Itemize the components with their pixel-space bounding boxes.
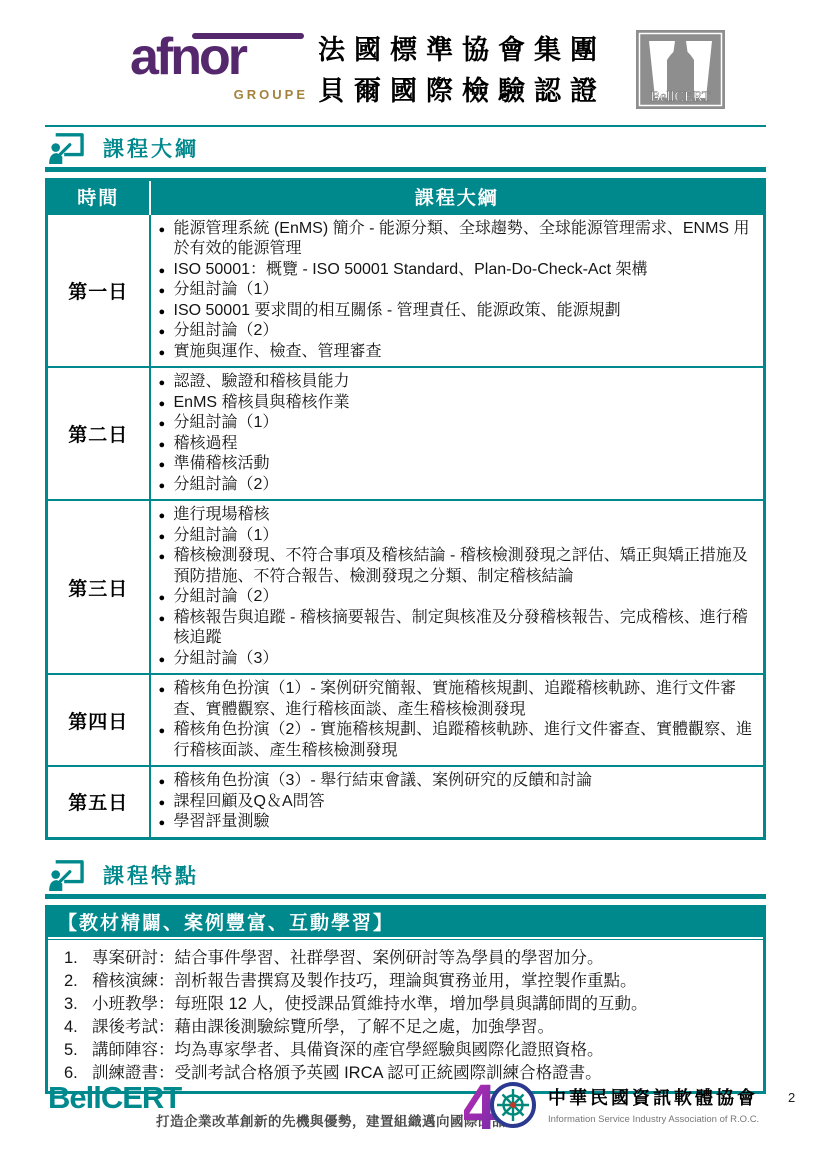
bullet-icon: ● <box>157 455 174 476</box>
bullet-icon: ● <box>157 476 174 497</box>
table-row: 第四日 ●稽核角色扮演（1）- 案例研究簡報、實施稽核規劃、追蹤稽核軌跡、進行文… <box>47 674 765 766</box>
outline-item: ●稽核角色扮演（2）- 實施稽核規劃、追蹤稽核軌跡、進行文件審查、實體觀察、進行… <box>157 720 756 761</box>
feature-item: 4.課後考試：藉由課後測驗綜覽所學，了解不足之處，加強學習。 <box>58 1016 753 1039</box>
day-cell: 第二日 <box>47 367 150 500</box>
outline-item: ●分組討論（1） <box>157 280 756 301</box>
outline-table-head: 時間 課程大綱 <box>47 180 765 214</box>
outline-items: ●能源管理系統 (EnMS) 簡介 - 能源分類、全球趨勢、全球能源管理需求、E… <box>157 219 756 363</box>
bullet-icon: ● <box>157 373 174 394</box>
outline-item-text: 分組討論（2） <box>174 475 756 496</box>
page-number: 2 <box>788 1090 795 1105</box>
bullet-icon: ● <box>157 220 174 261</box>
organization-title-line2: 貝爾國際檢驗認證 <box>318 71 606 112</box>
bullet-icon: ● <box>157 772 174 793</box>
outline-item: ●學習評量測驗 <box>157 812 756 833</box>
section-outline-title: 課程大綱 <box>103 133 199 163</box>
association-name-zh: 中華民國資訊軟體協會 <box>548 1084 759 1110</box>
outline-item-text: 稽核過程 <box>174 434 756 455</box>
outline-item: ●能源管理系統 (EnMS) 簡介 - 能源分類、全球趨勢、全球能源管理需求、E… <box>157 219 756 260</box>
bullet-icon: ● <box>157 793 174 814</box>
bullet-icon: ● <box>157 435 174 456</box>
feature-item: 5.講師陣容：均為專家學者、具備資深的產官學經驗與國際化證照資格。 <box>58 1039 753 1062</box>
outline-item: ●稽核檢測發現、不符合事項及稽核結論 - 稽核檢測發現之評估、矯正與矯正措施及預… <box>157 546 756 587</box>
feature-item-number: 3. <box>58 993 92 1016</box>
association-block: 中華民國資訊軟體協會 Information Service Industry … <box>548 1084 759 1125</box>
bullet-icon: ● <box>157 680 174 721</box>
bullet-icon: ● <box>157 506 174 527</box>
outline-item: ●實施與運作、檢查、管理審查 <box>157 342 756 363</box>
outline-item-text: 分組討論（1） <box>174 280 756 301</box>
feature-item-text: 課後考試：藉由課後測驗綜覽所學，了解不足之處，加強學習。 <box>92 1016 753 1039</box>
outline-item-text: 分組討論（3） <box>174 649 756 670</box>
feature-item-text: 講師陣容：均為專家學者、具備資深的產官學經驗與國際化證照資格。 <box>92 1039 753 1062</box>
feature-item: 3.小班教學：每班限 12 人，使授課品質維持水準，增加學員與講師間的互動。 <box>58 993 753 1016</box>
document-page: afnor GROUPE 法國標準協會集團 貝爾國際檢驗認證 BellCERT <box>0 0 826 1169</box>
outline-item: ●進行現場稽核 <box>157 505 756 526</box>
header-divider-line <box>45 125 766 127</box>
feature-item-text: 小班教學：每班限 12 人，使授課品質維持水準，增加學員與講師間的互動。 <box>92 993 753 1016</box>
bullet-icon: ● <box>157 813 174 834</box>
outline-item: ●稽核報告與追蹤 - 稽核摘要報告、制定與核准及分發稽核報告、完成稽核、進行稽核… <box>157 608 756 649</box>
outline-item-text: ISO 50001 要求間的相互關係 - 管理責任、能源政策、能源規劃 <box>174 301 756 322</box>
afnor-groupe-label: GROUPE <box>234 87 308 102</box>
bullet-icon: ● <box>157 609 174 650</box>
outline-item: ●分組討論（2） <box>157 321 756 342</box>
column-header-outline: 課程大綱 <box>150 180 765 214</box>
bullet-icon: ● <box>157 261 174 282</box>
forty-logo-icon: 4 <box>464 1076 540 1136</box>
bellcert-badge-icon: BellCERT <box>636 30 725 109</box>
feature-item: 1.專案研討：結合事件學習、社群學習、案例研討等為學員的學習加分。 <box>58 947 753 970</box>
outline-item: ●課程回顧及Q＆A問答 <box>157 792 756 813</box>
bellcert-badge-logo: BellCERT <box>636 30 725 109</box>
outline-item-text: 稽核檢測發現、不符合事項及稽核結論 - 稽核檢測發現之評估、矯正與矯正措施及預防… <box>174 546 756 587</box>
features-box: 【教材精闢、案例豐富、互動學習】 1.專案研討：結合事件學習、社群學習、案例研討… <box>45 905 766 1094</box>
feature-item-number: 1. <box>58 947 92 970</box>
outline-item: ●分組討論（1） <box>157 413 756 434</box>
outline-item: ●認證、驗證和稽核員能力 <box>157 372 756 393</box>
bullet-icon: ● <box>157 343 174 364</box>
column-header-time: 時間 <box>47 180 150 214</box>
outline-item: ●準備稽核活動 <box>157 454 756 475</box>
bullet-icon: ● <box>157 527 174 548</box>
day-cell: 第一日 <box>47 214 150 368</box>
outline-item: ●稽核角色扮演（3）- 舉行結束會議、案例研究的反饋和討論 <box>157 771 756 792</box>
afnor-groupe-logo: afnor GROUPE <box>130 28 310 108</box>
outline-item: ●分組討論（2） <box>157 475 756 496</box>
outline-item-text: 稽核報告與追蹤 - 稽核摘要報告、制定與核准及分發稽核報告、完成稽核、進行稽核追… <box>174 608 756 649</box>
outline-item-text: 實施與運作、檢查、管理審查 <box>174 342 756 363</box>
outline-item: ●分組討論（3） <box>157 649 756 670</box>
feature-item-number: 2. <box>58 970 92 993</box>
outline-item-text: 學習評量測驗 <box>174 812 756 833</box>
course-outline-table: 時間 課程大綱 第一日 ●能源管理系統 (EnMS) 簡介 - 能源分類、全球趨… <box>45 178 766 840</box>
section-outline-rule <box>45 167 766 172</box>
association-name-en: Information Service Industry Association… <box>548 1114 759 1125</box>
bullet-icon: ● <box>157 281 174 302</box>
day-cell: 第三日 <box>47 500 150 674</box>
outline-item-text: 課程回顧及Q＆A問答 <box>174 792 756 813</box>
outline-item: ●稽核角色扮演（1）- 案例研究簡報、實施稽核規劃、追蹤稽核軌跡、進行文件審查、… <box>157 679 756 720</box>
table-row: 第二日 ●認證、驗證和稽核員能力●EnMS 稽核員與稽核作業●分組討論（1）●稽… <box>47 367 765 500</box>
outline-item-text: 能源管理系統 (EnMS) 簡介 - 能源分類、全球趨勢、全球能源管理需求、EN… <box>174 219 756 260</box>
outline-item-text: EnMS 稽核員與稽核作業 <box>174 393 756 414</box>
feature-item-number: 5. <box>58 1039 92 1062</box>
table-row: 第五日 ●稽核角色扮演（3）- 舉行結束會議、案例研究的反饋和討論●課程回顧及Q… <box>47 766 765 838</box>
afnor-crossbar-decoration <box>192 33 304 39</box>
outline-items: ●稽核角色扮演（1）- 案例研究簡報、實施稽核規劃、追蹤稽核軌跡、進行文件審查、… <box>157 679 756 761</box>
feature-item-text: 稽核演練：剖析報告書撰寫及製作技巧，理論與實務並用，掌控製作重點。 <box>92 970 753 993</box>
outline-item-text: 稽核角色扮演（1）- 案例研究簡報、實施稽核規劃、追蹤稽核軌跡、進行文件審查、實… <box>174 679 756 720</box>
outline-item-text: 稽核角色扮演（2）- 實施稽核規劃、追蹤稽核軌跡、進行文件審查、實體觀察、進行稽… <box>174 720 756 761</box>
feature-item-text: 訓練證書：受訓考試合格頒予英國 IRCA 認可正統國際訓練合格證書。 <box>92 1062 753 1085</box>
outline-item: ●ISO 50001 要求間的相互關係 - 管理責任、能源政策、能源規劃 <box>157 301 756 322</box>
bullet-icon: ● <box>157 588 174 609</box>
table-row: 第三日 ●進行現場稽核●分組討論（1）●稽核檢測發現、不符合事項及稽核結論 - … <box>47 500 765 674</box>
outline-item-text: 分組討論（1） <box>174 413 756 434</box>
bullet-icon: ● <box>157 414 174 435</box>
outline-item-text: ISO 50001：概覽 - ISO 50001 Standard、Plan-D… <box>174 260 756 281</box>
day-cell: 第四日 <box>47 674 150 766</box>
content-column: 課程大綱 時間 課程大綱 第一日 ●能源管理系統 (EnMS) 簡介 - 能源分… <box>45 125 766 1094</box>
outline-item-text: 分組討論（2） <box>174 587 756 608</box>
outline-items-cell: ●進行現場稽核●分組討論（1）●稽核檢測發現、不符合事項及稽核結論 - 稽核檢測… <box>150 500 765 674</box>
bullet-icon: ● <box>157 547 174 588</box>
bellcert-badge-text: BellCERT <box>650 89 710 105</box>
features-box-title: 【教材精闢、案例豐富、互動學習】 <box>48 908 763 939</box>
outline-item-text: 分組討論（2） <box>174 321 756 342</box>
bullet-icon: ● <box>157 322 174 343</box>
outline-items: ●認證、驗證和稽核員能力●EnMS 稽核員與稽核作業●分組討論（1）●稽核過程●… <box>157 372 756 495</box>
outline-items-cell: ●認證、驗證和稽核員能力●EnMS 稽核員與稽核作業●分組討論（1）●稽核過程●… <box>150 367 765 500</box>
features-list: 1.專案研討：結合事件學習、社群學習、案例研討等為學員的學習加分。2.稽核演練：… <box>48 939 763 1091</box>
feature-item: 2.稽核演練：剖析報告書撰寫及製作技巧，理論與實務並用，掌控製作重點。 <box>58 970 753 993</box>
table-row: 第一日 ●能源管理系統 (EnMS) 簡介 - 能源分類、全球趨勢、全球能源管理… <box>47 214 765 368</box>
outline-items-cell: ●稽核角色扮演（3）- 舉行結束會議、案例研究的反饋和討論●課程回顧及Q＆A問答… <box>150 766 765 838</box>
outline-item: ●ISO 50001：概覽 - ISO 50001 Standard、Plan-… <box>157 260 756 281</box>
day-cell: 第五日 <box>47 766 150 838</box>
outline-item-text: 稽核角色扮演（3）- 舉行結束會議、案例研究的反饋和討論 <box>174 771 756 792</box>
outline-item-text: 分組討論（1） <box>174 526 756 547</box>
section-features-title: 課程特點 <box>103 860 199 890</box>
presenter-board-icon <box>47 859 87 891</box>
feature-item-text: 專案研討：結合事件學習、社群學習、案例研討等為學員的學習加分。 <box>92 947 753 970</box>
organization-title-line1: 法國標準協會集團 <box>318 30 606 71</box>
section-features-rule <box>45 894 766 899</box>
outline-item: ●分組討論（1） <box>157 526 756 547</box>
outline-item-text: 準備稽核活動 <box>174 454 756 475</box>
outline-items: ●稽核角色扮演（3）- 舉行結束會議、案例研究的反饋和討論●課程回顧及Q＆A問答… <box>157 771 756 833</box>
feature-item-number: 4. <box>58 1016 92 1039</box>
outline-items: ●進行現場稽核●分組討論（1）●稽核檢測發現、不符合事項及稽核結論 - 稽核檢測… <box>157 505 756 669</box>
isia-40th-anniversary-logo: 4 <box>464 1076 540 1136</box>
outline-item: ●分組討論（2） <box>157 587 756 608</box>
section-features-header: 課程特點 <box>47 858 766 892</box>
outline-table-body: 第一日 ●能源管理系統 (EnMS) 簡介 - 能源分類、全球趨勢、全球能源管理… <box>47 214 765 839</box>
bullet-icon: ● <box>157 721 174 762</box>
outline-item: ●EnMS 稽核員與稽核作業 <box>157 393 756 414</box>
outline-items-cell: ●能源管理系統 (EnMS) 簡介 - 能源分類、全球趨勢、全球能源管理需求、E… <box>150 214 765 368</box>
bullet-icon: ● <box>157 650 174 671</box>
bullet-icon: ● <box>157 394 174 415</box>
outline-item-text: 認證、驗證和稽核員能力 <box>174 372 756 393</box>
section-outline-header: 課程大綱 <box>47 131 766 165</box>
outline-item-text: 進行現場稽核 <box>174 505 756 526</box>
presenter-board-icon <box>47 132 87 164</box>
organization-title: 法國標準協會集團 貝爾國際檢驗認證 <box>318 30 606 112</box>
bullet-icon: ● <box>157 302 174 323</box>
outline-item: ●稽核過程 <box>157 434 756 455</box>
outline-items-cell: ●稽核角色扮演（1）- 案例研究簡報、實施稽核規劃、追蹤稽核軌跡、進行文件審查、… <box>150 674 765 766</box>
